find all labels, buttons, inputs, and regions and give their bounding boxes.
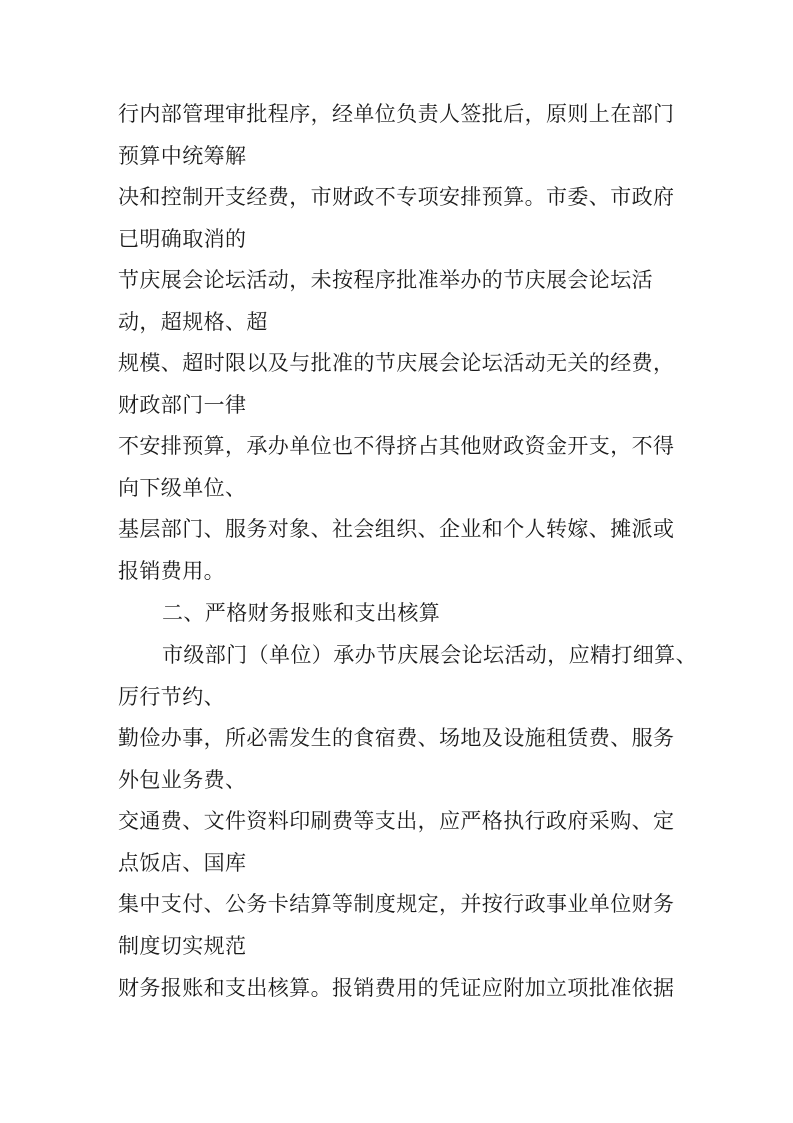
text-line: 已明确取消的 (118, 226, 246, 252)
text-line: 外包业务费、 (118, 767, 246, 793)
text-line: 报销费用。 (118, 558, 225, 584)
document-page: 行内部管理审批程序，经单位负责人签批后，原则上在部门 预算中统筹解 决和控制开支… (0, 0, 793, 1123)
text-line: 勤俭办事，所必需发生的食宿费、场地及设施租赁费、服务 (118, 725, 674, 751)
text-line: 制度切实规范 (118, 933, 246, 959)
text-line: 决和控制开支经费，市财政不专项安排预算。市委、市政府 (118, 184, 674, 210)
text-line: 集中支付、公务卡结算等制度规定，并按行政事业单位财务 (118, 891, 674, 917)
text-line: 基层部门、服务对象、社会组织、企业和个人转嫁、摊派或 (118, 516, 674, 542)
text-line: 财政部门一律 (118, 392, 246, 418)
text-line: 不安排预算，承办单位也不得挤占其他财政资金开支，不得 (118, 433, 674, 459)
text-line: 向下级单位、 (118, 475, 246, 501)
text-line: 预算中统筹解 (118, 143, 246, 169)
text-line: 财务报账和支出核算。报销费用的凭证应附加立项批准依据 (118, 975, 674, 1001)
section-heading: 二、严格财务报账和支出核算 (162, 600, 440, 626)
text-line: 节庆展会论坛活动，未按程序批准举办的节庆展会论坛活 (118, 267, 653, 293)
text-line: 交通费、文件资料印刷费等支出，应严格执行政府采购、定 (118, 808, 674, 834)
text-line: 动，超规格、超 (118, 309, 268, 335)
text-line: 规模、超时限以及与批准的节庆展会论坛活动无关的经费， (118, 350, 674, 376)
text-line: 点饭店、国库 (118, 850, 246, 876)
text-line: 厉行节约、 (118, 684, 225, 710)
paragraph-start-line: 市级部门（单位）承办节庆展会论坛活动，应精打细算、 (162, 642, 697, 668)
text-line: 行内部管理审批程序，经单位负责人签批后，原则上在部门 (118, 101, 674, 127)
